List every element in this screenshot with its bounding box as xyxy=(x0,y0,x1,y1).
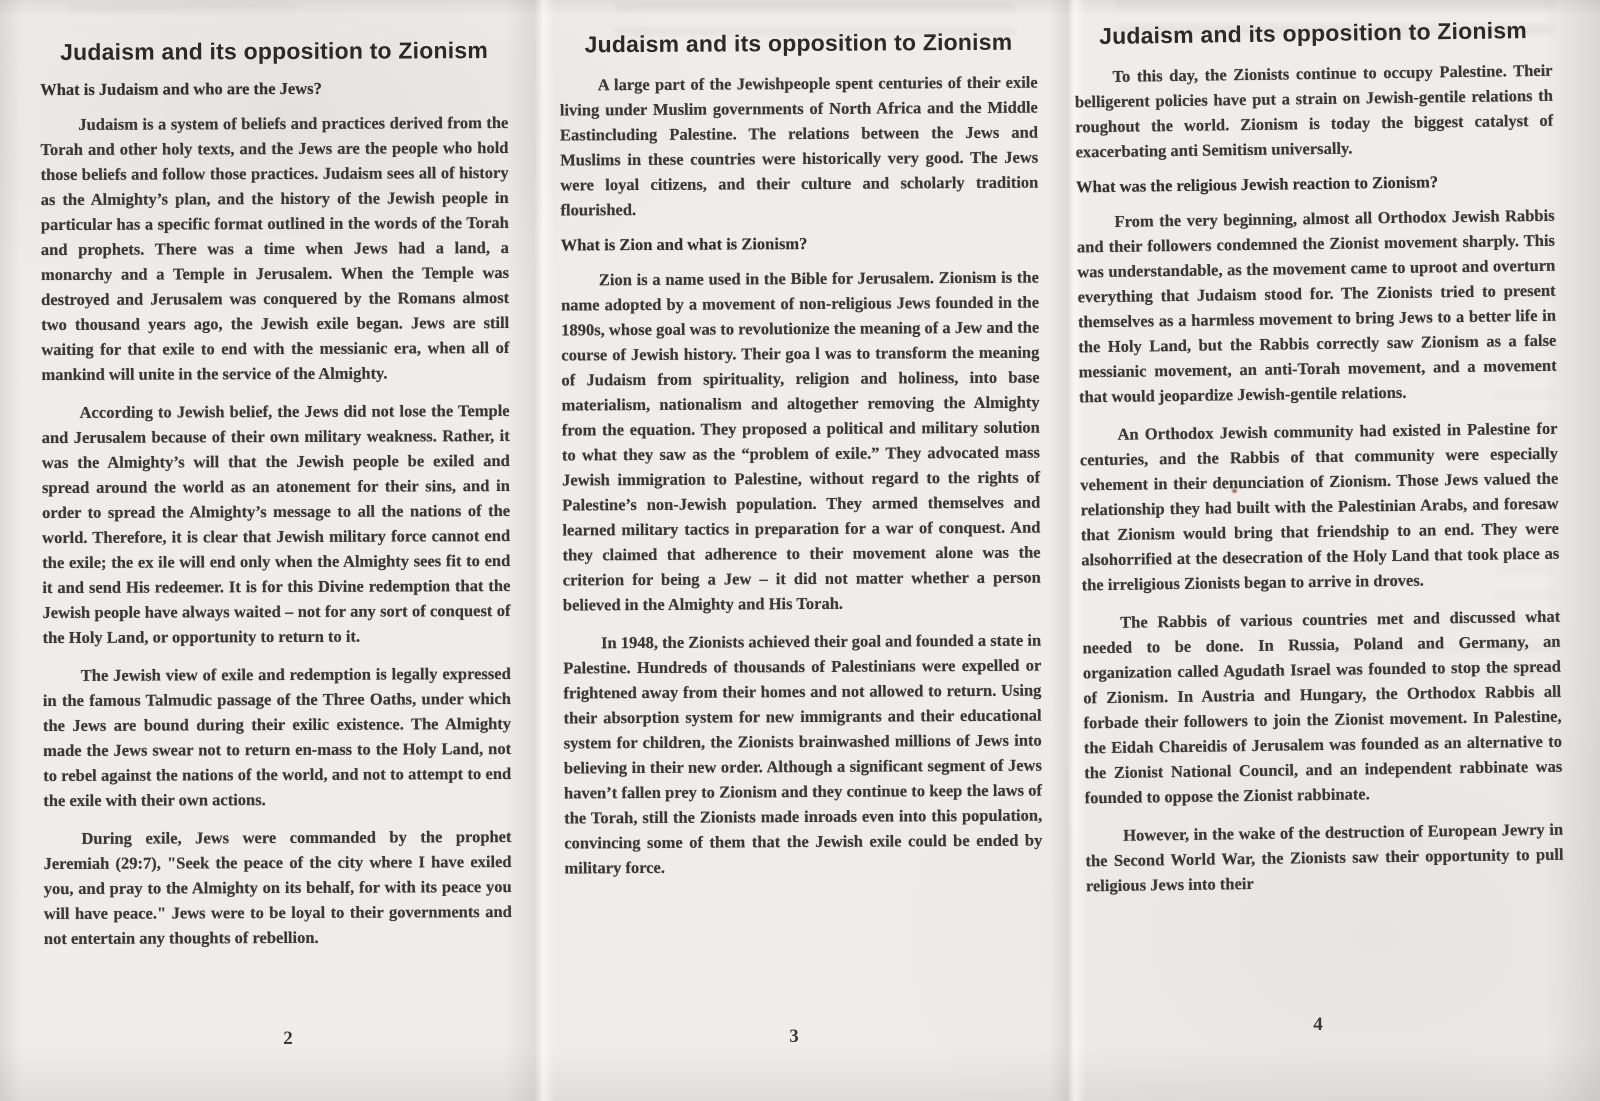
page-number: 4 xyxy=(1296,1014,1340,1036)
body-paragraph: Zion is a name used in the Bible for Jer… xyxy=(561,265,1041,618)
bleed-through-ghost xyxy=(70,3,295,29)
body-paragraph: The Rabbis of various countries met and … xyxy=(1082,604,1563,811)
body-paragraph: A large part of the Jewishpeople spent c… xyxy=(560,70,1039,223)
panel-title: Judaism and its opposition to Zionism xyxy=(1074,17,1552,51)
page-number: 2 xyxy=(266,1028,310,1050)
body-paragraph: An Orthodox Jewish community had existed… xyxy=(1079,416,1559,598)
body-paragraph: However, in the wake of the destruction … xyxy=(1085,817,1564,899)
question-heading: What is Judaism and who are the Jews? xyxy=(40,78,508,100)
body-paragraph: According to Jewish belief, the Jews did… xyxy=(42,398,511,650)
panel-page-3: Judaism and its opposition to Zionism A … xyxy=(559,29,1042,894)
panel-page-4: Judaism and its opposition to Zionism To… xyxy=(1074,17,1564,912)
scanned-pamphlet-page: Judaism and its opposition to Zionism Wh… xyxy=(0,0,1600,1101)
question-heading: What is Zion and what is Zionism? xyxy=(561,233,1039,256)
body-paragraph: The Jewish view of exile and redemption … xyxy=(43,661,512,813)
body-paragraph: From the very beginning, almost all Orth… xyxy=(1076,203,1557,410)
panel-title: Judaism and its opposition to Zionism xyxy=(40,37,508,66)
body-paragraph: During exile, Jews were commanded by the… xyxy=(43,824,512,951)
body-paragraph: In 1948, the Zionists achieved their goa… xyxy=(563,628,1043,881)
question-heading: What was the religious Jewish reaction t… xyxy=(1076,171,1554,198)
body-paragraph: Judaism is a system of beliefs and pract… xyxy=(40,110,509,387)
panel-title: Judaism and its opposition to Zionism xyxy=(559,29,1037,59)
page-number: 3 xyxy=(772,1026,816,1048)
panel-page-2: Judaism and its opposition to Zionism Wh… xyxy=(40,37,512,964)
body-paragraph: To this day, the Zionists continue to oc… xyxy=(1074,58,1553,165)
